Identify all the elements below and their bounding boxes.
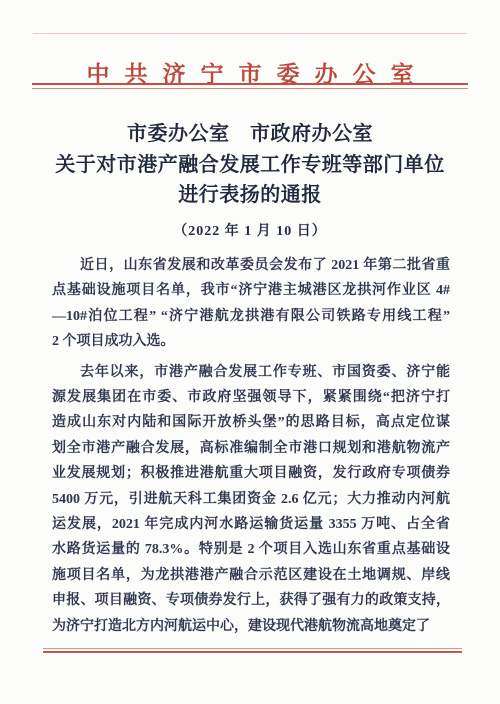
- doc-title-line-3: 进行表扬的通报: [30, 180, 470, 211]
- body-line: 去年以来，市港产融合发展工作专班、市国资委、济宁能: [52, 360, 450, 385]
- body-line: 施项目名单，为龙拱港港产融合示范区建设在土地调规、岸线: [52, 563, 450, 588]
- body-line: 5400 万元，引进航天科工集团资金 2.6 亿元；大力推动内河航: [52, 487, 450, 512]
- document-title-block: 市委办公室 市政府办公室 关于对市港产融合发展工作专班等部门单位 进行表扬的通报…: [30, 119, 470, 240]
- top-faint-rule: [33, 33, 467, 34]
- body-line: 水路货运量的 78.3%。特别是 2 个项目入选山东省重点基础设: [52, 537, 450, 562]
- body-line: —10#泊位工程” “济宁港航龙拱港有限公司铁路专用线工程”: [52, 304, 450, 329]
- body-line: 业发展规划；积极推进港航重大项目融资，发行政府专项债券: [52, 461, 450, 486]
- paragraph-2: 去年以来，市港产融合发展工作专班、市国资委、济宁能 源发展集团在市委、市政府坚强…: [52, 360, 450, 639]
- body-line: 点基础设施项目名单，我市“济宁港主城港区龙拱河作业区 4#: [52, 278, 450, 303]
- doc-date: （2022 年 1 月 10 日）: [30, 220, 470, 240]
- body-line: 为济宁打造北方内河航运中心，建设现代港航物流高地奠定了: [52, 614, 450, 639]
- body-line: 源发展集团在市委、市政府坚强领导下，紧紧围绕“把济宁打: [52, 385, 450, 410]
- body-line: 近日，山东省发展和改革委员会发布了 2021 年第二批省重: [52, 253, 450, 278]
- body-line: 造成山东对内陆和国际开放桥头堡”的思路目标，高点定位谋: [52, 410, 450, 435]
- body-line: 划全市港产融合发展，高标准编制全市港口规划和港航物流产: [52, 436, 450, 461]
- doc-title-line-1: 市委办公室 市政府办公室: [30, 119, 470, 150]
- body-line: 申报、项目融资、专项债券发行上，获得了强有力的政策支持，: [52, 588, 450, 613]
- letterhead-double-rule: [32, 83, 468, 89]
- document-body: 近日，山东省发展和改革委员会发布了 2021 年第二批省重 点基础设施项目名单，…: [52, 253, 450, 639]
- body-line: 运发展，2021 年完成内河水路运输货运量 3355 万吨、占全省: [52, 512, 450, 537]
- footer-double-rule: [43, 648, 462, 653]
- document-page: 中共济宁市委办公室 市委办公室 市政府办公室 关于对市港产融合发展工作专班等部门…: [0, 0, 500, 704]
- paragraph-1: 近日，山东省发展和改革委员会发布了 2021 年第二批省重 点基础设施项目名单，…: [52, 253, 450, 355]
- doc-title-line-2: 关于对市港产融合发展工作专班等部门单位: [30, 150, 470, 181]
- body-line: 2 个项目成功入选。: [52, 329, 450, 354]
